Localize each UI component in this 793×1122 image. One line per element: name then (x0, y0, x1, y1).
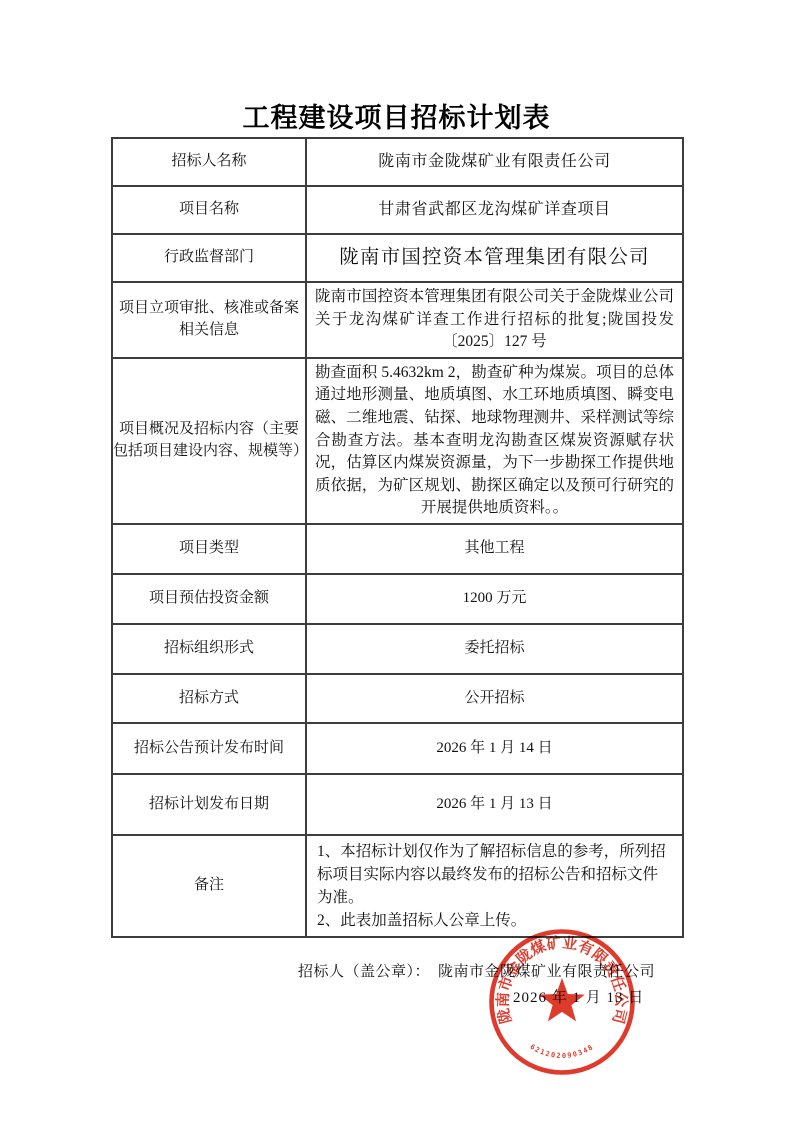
row-label: 招标方式 (112, 674, 306, 723)
row-value: 委托招标 (306, 624, 683, 674)
table-row: 招标计划发布日期2026 年 1 月 13 日 (112, 774, 683, 835)
seal-code-text: 621202090348 (529, 1043, 596, 1060)
row-value: 公开招标 (306, 674, 683, 723)
signature-line: 招标人（盖公章）： 陇南市金陇煤矿业有限责任公司 (298, 960, 655, 981)
row-value: 勘查面积 5.4632km 2，勘查矿种为煤炭。项目的总体通过地形测量、地质填图… (306, 358, 683, 524)
row-value: 2026 年 1 月 13 日 (306, 774, 683, 835)
table-row: 备注1、本招标计划仅作为了解招标信息的参考，所列招标项目实际内容以最终发布的招标… (112, 835, 683, 937)
table-row: 行政监督部门陇南市国控资本管理集团有限公司 (112, 234, 683, 282)
row-label: 项目概况及招标内容（主要包括项目建设内容、规模等） (112, 358, 306, 524)
row-value: 1200 万元 (306, 574, 683, 624)
row-label: 项目类型 (112, 524, 306, 574)
page-title: 工程建设项目招标计划表 (0, 96, 793, 135)
row-value: 陇南市国控资本管理集团有限公司关于金陇煤业公司关于龙沟煤矿详查工作进行招标的批复… (306, 282, 683, 358)
row-label: 行政监督部门 (112, 234, 306, 282)
row-value: 甘肃省武都区龙沟煤矿详查项目 (306, 186, 683, 234)
row-label: 备注 (112, 835, 306, 937)
row-value: 陇南市国控资本管理集团有限公司 (306, 234, 683, 282)
plan-table-body: 招标人名称陇南市金陇煤矿业有限责任公司项目名称甘肃省武都区龙沟煤矿详查项目行政监… (112, 138, 683, 937)
row-label: 招标人名称 (112, 138, 306, 186)
table-row: 招标公告预计发布时间2026 年 1 月 14 日 (112, 723, 683, 774)
row-value: 2026 年 1 月 14 日 (306, 723, 683, 774)
signature-date: 2026 年 1 月 13 日 (513, 986, 644, 1007)
svg-text:621202090348: 621202090348 (529, 1043, 596, 1060)
row-label: 项目预估投资金额 (112, 574, 306, 624)
tender-plan-table: 招标人名称陇南市金陇煤矿业有限责任公司项目名称甘肃省武都区龙沟煤矿详查项目行政监… (111, 137, 684, 938)
table-row: 项目名称甘肃省武都区龙沟煤矿详查项目 (112, 186, 683, 234)
row-label: 项目立项审批、核准或备案相关信息 (112, 282, 306, 358)
row-value: 其他工程 (306, 524, 683, 574)
table-row: 招标人名称陇南市金陇煤矿业有限责任公司 (112, 138, 683, 186)
row-value: 陇南市金陇煤矿业有限责任公司 (306, 138, 683, 186)
row-label: 项目名称 (112, 186, 306, 234)
table-row: 项目类型其他工程 (112, 524, 683, 574)
table-row: 项目预估投资金额1200 万元 (112, 574, 683, 624)
row-value: 1、本招标计划仅作为了解招标信息的参考，所列招标项目实际内容以最终发布的招标公告… (306, 835, 683, 937)
row-label: 招标计划发布日期 (112, 774, 306, 835)
table-row: 招标组织形式委托招标 (112, 624, 683, 674)
table-row: 项目立项审批、核准或备案相关信息陇南市国控资本管理集团有限公司关于金陇煤业公司关… (112, 282, 683, 358)
document-page: 工程建设项目招标计划表 招标人名称陇南市金陇煤矿业有限责任公司项目名称甘肃省武都… (0, 0, 793, 1122)
row-label: 招标组织形式 (112, 624, 306, 674)
row-label: 招标公告预计发布时间 (112, 723, 306, 774)
table-row: 招标方式公开招标 (112, 674, 683, 723)
table-row: 项目概况及招标内容（主要包括项目建设内容、规模等）勘查面积 5.4632km 2… (112, 358, 683, 524)
